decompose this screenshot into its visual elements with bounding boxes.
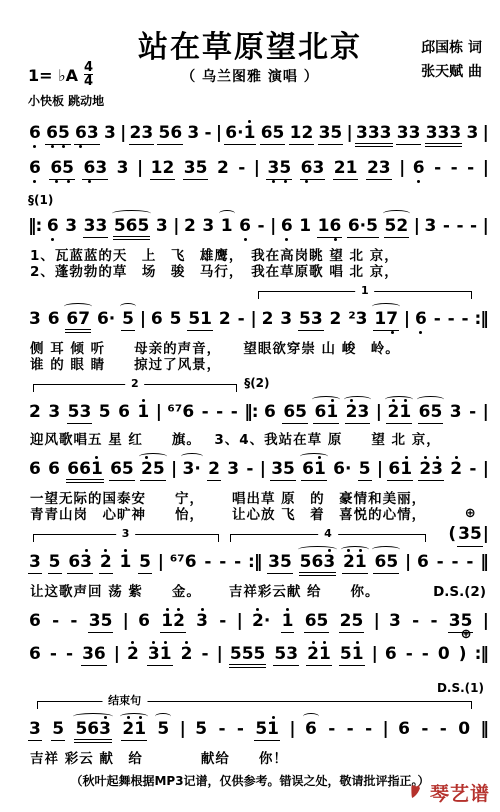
note-token: ²3 [347, 311, 368, 330]
note-token: 51 [339, 646, 365, 666]
note-token: - [215, 404, 224, 423]
barline: :‖ [474, 311, 487, 328]
barline: | [377, 461, 382, 478]
note-token: 35 [266, 160, 292, 180]
barline: | [216, 125, 221, 142]
note-token: 2 [183, 218, 197, 237]
note-token: 3 [388, 613, 402, 632]
note-token: 5 [121, 311, 135, 331]
music-line: 666616525|3·23-|35616·5|61232-| [28, 461, 488, 483]
meter-numerator: 4 [84, 62, 93, 74]
header: 站在草原望北京 邱国栋 词 张天赋 曲 （ 乌兰图雅 演唱 ） 1= ♭A 4 … [0, 0, 500, 112]
note-token: - [461, 311, 470, 330]
ending-bracket-row: 34(35⊕| [28, 528, 488, 543]
note-token: 6 [414, 311, 428, 330]
note-token: - [230, 404, 239, 423]
ending-bracket-row: 2§(2) [28, 378, 488, 393]
barline: | [483, 524, 488, 544]
ending-bracket: 4 [230, 534, 425, 542]
note-token: 6·1 [224, 125, 256, 145]
note-token: 6·5 [347, 218, 379, 238]
note-token: 3 [465, 125, 479, 144]
barline: | [483, 160, 488, 177]
note-token: 25 [140, 461, 166, 481]
ending-bracket-row: 结束句 [28, 695, 488, 710]
tempo-marking: 小快板 跳动地 [28, 92, 104, 109]
note-token: 2 [218, 311, 232, 330]
note-token: - [245, 461, 254, 480]
note-token: 63 [300, 160, 326, 180]
barline: | [217, 646, 222, 663]
barline: | [171, 461, 176, 478]
note-token: 1 [220, 218, 234, 237]
note-token: 53 [273, 646, 299, 666]
lyric-line: 2、蓬勃勃的草 场 骏 马行， 我在草原歌 唱 北 京， [30, 262, 486, 282]
coda-icon: ⊕ [461, 628, 472, 641]
note-token: - [49, 646, 58, 665]
note-token: - [405, 646, 414, 665]
note-token: - [218, 613, 227, 632]
music-line: 6--36|2312-|555532151|6--0)⊕:‖ [28, 646, 488, 668]
note-token: 3 [28, 721, 42, 741]
barline: | [114, 646, 119, 663]
barline: | [483, 125, 488, 142]
lyric-line: 吉祥 彩云 献 给 献给 你！ [30, 749, 486, 769]
note-token: 23 [418, 461, 444, 481]
note-token: - [51, 613, 60, 632]
score-body: 665633|23563-|6·1651235|333333333|665633… [0, 112, 500, 789]
note-token: 0 [457, 721, 471, 740]
note-token: 1 [136, 404, 150, 423]
note-token: 6 [28, 461, 42, 480]
note-token: 35 [183, 160, 209, 180]
note-token: 12 [150, 160, 176, 180]
note-token: - [420, 721, 429, 740]
note-token: 61 [301, 461, 327, 481]
ending-bracket-row: 1 [28, 285, 488, 300]
note-token: 6 [150, 311, 164, 330]
note-token: 1 [298, 218, 312, 237]
note-token: 6 [28, 125, 42, 144]
note-token: 67 [65, 311, 91, 333]
note-token: 65 [418, 404, 444, 424]
note-token: 21 [333, 160, 359, 180]
music-line: 2353561|⁶⁷6---‖:6656123|21653-| [28, 404, 488, 424]
time-signature: 4 4 [84, 62, 93, 88]
note-token: 35 [318, 125, 344, 145]
music-line: 3563215|⁶⁷6---:‖355632165|6---‖ [28, 554, 488, 576]
note-token: 65 [282, 404, 308, 424]
barline: ‖: [28, 218, 41, 235]
note-token: - [436, 554, 445, 573]
note-token: - [429, 613, 438, 632]
barline: | [270, 218, 275, 235]
music-line: 665633|23563-|6·1651235|333333333| [28, 125, 488, 147]
barline: ‖ [480, 721, 488, 738]
note-token: 21 [386, 404, 412, 424]
note-token: - [465, 554, 474, 573]
barline: | [156, 404, 161, 421]
note-token: 25 [339, 613, 365, 633]
note-token: 5 [138, 554, 152, 574]
note-token: - [346, 721, 355, 740]
note-token: 6· [96, 311, 116, 330]
barline: | [254, 160, 259, 177]
note-token: 6 [28, 160, 42, 179]
note-token: 17 [373, 311, 399, 331]
note-token: 6 [280, 218, 294, 237]
publisher-logo: 琴艺谱 [409, 779, 490, 806]
note-token: - [201, 646, 210, 665]
note-token: - [201, 404, 210, 423]
note-token: - [218, 554, 227, 573]
note-token: - [327, 721, 336, 740]
note-token: 65 [373, 554, 399, 574]
note-token: 2 [449, 461, 463, 480]
barline: | [372, 646, 377, 663]
note-token: - [364, 721, 373, 740]
barline: | [399, 160, 404, 177]
barline: | [483, 404, 488, 421]
note-token: - [466, 160, 475, 179]
note-token: - [203, 554, 212, 573]
barline: ‖ [480, 554, 488, 571]
barline: | [404, 311, 409, 328]
note-token: 36 [81, 646, 107, 666]
note-token: 6 [28, 613, 42, 632]
ending-bracket: 结束句 [37, 701, 471, 709]
note-token: 333 [425, 125, 463, 147]
note-token: 6 [46, 218, 60, 237]
note-token: - [451, 554, 460, 573]
barline: | [158, 554, 163, 571]
barline: | [289, 721, 294, 738]
note-token: - [468, 404, 477, 423]
barline: | [173, 218, 178, 235]
note-token: 563 [299, 554, 337, 576]
note-token: 3 [28, 311, 42, 330]
ending-number: 1 [355, 285, 375, 297]
barline: :‖ [475, 646, 488, 663]
ending-number: 结束句 [102, 695, 147, 707]
note-token: 6 [47, 461, 61, 480]
note-token: 23 [345, 404, 371, 424]
music-line: 35563215|5--51|6---|6--0‖ [28, 721, 488, 743]
note-token: 61 [313, 404, 339, 424]
note-token: 33 [83, 218, 109, 238]
pickup-notes: (35⊕| [447, 524, 488, 547]
lyric-text: 2、蓬勃勃的草 场 骏 马行， 我在草原歌 唱 北 京， [30, 262, 399, 282]
note-token: 6 [412, 160, 426, 179]
note-token: 2 [329, 311, 343, 330]
note-token: 555 [229, 646, 267, 668]
note-token: 3 [103, 125, 117, 144]
ending-number: 3 [116, 528, 136, 540]
note-token: 5 [98, 404, 112, 423]
note-token: 3 [201, 218, 215, 237]
note-token: - [469, 218, 478, 237]
note-token: 2 [207, 461, 221, 481]
note-token: 35 [88, 613, 114, 633]
note-token: 6 [47, 311, 61, 330]
note-token: - [455, 218, 464, 237]
note-token: 333 [355, 125, 393, 147]
ds-label: D.S.(2) [433, 582, 486, 602]
note-token: - [433, 160, 442, 179]
note-token: 6 [304, 721, 318, 740]
note-token: 65 [109, 461, 135, 481]
note-token: - [237, 311, 246, 330]
note-token: 65 [304, 613, 330, 633]
note-token: 3 [449, 404, 463, 423]
note-token: 6 [238, 218, 252, 237]
note-token: 565 [113, 218, 151, 240]
note-token: 35 [267, 554, 293, 574]
note-token: ⁶⁷6 [166, 404, 195, 423]
note-token: - [69, 613, 78, 632]
note-token: 6 [263, 404, 277, 423]
music-line: 36676·5|65512-|23532²317|6---:‖ [28, 311, 488, 333]
note-token: 5 [194, 721, 208, 740]
key-signature: 1= ♭A 4 4 [28, 62, 93, 88]
note-token: - [433, 311, 442, 330]
note-token: 16 [317, 218, 343, 238]
qinyipu-logo-icon [409, 783, 428, 802]
note-token: - [204, 125, 213, 144]
note-token: - [257, 218, 266, 237]
barline: | [260, 461, 265, 478]
note-token: 3 [195, 613, 209, 632]
note-token: 6 [397, 721, 411, 740]
ending-bracket: 3 [33, 534, 219, 542]
note-token: 2 [180, 646, 194, 665]
note-token: 6 [384, 646, 398, 665]
note-token: )⊕ [458, 646, 468, 665]
barline: | [347, 125, 352, 142]
ending-number: 2 [125, 378, 145, 390]
segno-label: §(1) [28, 193, 484, 207]
note-token: - [237, 160, 246, 179]
note-token: 23 [366, 160, 392, 180]
note-token: 23 [129, 125, 155, 145]
note-token: 3· [182, 461, 202, 480]
note-token: 12 [289, 125, 315, 145]
lyric-text: 吉祥 彩云 献 给 献给 你！ [30, 749, 288, 769]
note-token: 65 [260, 125, 286, 145]
note-token: - [442, 218, 451, 237]
note-token: 21 [121, 721, 147, 741]
note-token: 35⊕ [457, 524, 483, 547]
note-token: - [447, 311, 456, 330]
note-token: 31 [147, 646, 173, 666]
note-token: 12 [160, 613, 186, 633]
lyric-text: 让这歌声回 荡 紫 金。 吉祥彩云献 给 你。 [30, 582, 380, 602]
note-token: - [468, 461, 477, 480]
lyric-line: 让这歌声回 荡 紫 金。 吉祥彩云献 给 你。D.S.(2) [30, 582, 486, 602]
lyric-line: 青青山岗 心旷神 怡， 让心放 飞 着 喜悦的心情， [30, 505, 486, 525]
note-token: 3 [28, 554, 42, 574]
note-token: 5 [156, 721, 170, 740]
barline: :‖ [248, 554, 261, 571]
note-token: 3 [116, 160, 130, 179]
barline: | [383, 721, 388, 738]
note-token: 35 [270, 461, 296, 481]
note-token: - [411, 613, 420, 632]
note-token: 51 [254, 721, 280, 741]
barline: | [123, 613, 128, 630]
note-token: 52 [384, 218, 410, 238]
note-token: 53 [298, 311, 324, 331]
ending-number: 4 [318, 528, 338, 540]
lyric-text: 迎风歌唱五 星 红 旗。 3、4、我站在草 原 望 北 京， [30, 430, 441, 450]
note-token: 3 [423, 218, 437, 237]
note-token: 2 [126, 646, 140, 665]
meter-denominator: 4 [84, 74, 93, 88]
note-token: 61 [387, 461, 413, 481]
note-token: - [233, 554, 242, 573]
barline: | [140, 311, 145, 328]
note-token: 5 [169, 311, 183, 330]
music-line: 6--35|6123-|2·16525|3--35| [28, 613, 488, 633]
note-token: 5 [48, 554, 62, 574]
logo-text: 琴艺谱 [430, 779, 490, 806]
note-token: - [217, 721, 226, 740]
note-token: - [236, 721, 245, 740]
note-token: 2 [28, 404, 42, 423]
note-token: ⁶⁷6 [169, 554, 198, 573]
note-token: 33 [396, 125, 422, 145]
lyricist-credit: 邱国栋 词 [421, 36, 482, 60]
music-line: 665633|12352-|35632123|6---| [28, 160, 488, 180]
barline: | [483, 613, 488, 630]
lyric-line: 迎风歌唱五 星 红 旗。 3、4、我站在草 原 望 北 京， [30, 430, 486, 450]
barline: | [180, 721, 185, 738]
note-token: 21 [342, 554, 368, 574]
note-token: 56 [157, 125, 183, 145]
lyric-text: 青青山岗 心旷神 怡， 让心放 飞 着 喜悦的心情， [30, 505, 426, 525]
note-token: 5 [51, 721, 65, 741]
note-token: 53 [67, 404, 93, 424]
key-text: 1= ♭A [28, 66, 78, 85]
note-token: 63 [74, 125, 100, 145]
note-token: - [439, 721, 448, 740]
note-token: - [65, 646, 74, 665]
barline: | [237, 613, 242, 630]
ds-label: D.S.(1) [28, 681, 484, 695]
note-token: 0 [437, 646, 451, 665]
ending-bracket: 1 [258, 291, 472, 299]
note-token: 1 [118, 554, 132, 573]
note-token: 63 [67, 554, 93, 574]
note-token: 2 [216, 160, 230, 179]
barline: | [376, 404, 381, 421]
note-token: 2 [99, 554, 113, 574]
note-token: ( [447, 524, 457, 546]
note-token: 3 [47, 404, 61, 423]
note-token: 5 [358, 461, 372, 481]
barline: | [120, 125, 125, 142]
note-token: 21 [306, 646, 332, 666]
note-token: 63 [82, 160, 108, 180]
note-token: - [450, 160, 459, 179]
barline: | [405, 554, 410, 571]
note-token: 6 [416, 554, 430, 573]
note-token: 65 [45, 125, 71, 145]
coda-icon: ⊕ [465, 506, 476, 521]
segno-label: §(2) [244, 376, 269, 390]
note-token: 6· [332, 461, 352, 480]
barline: | [250, 311, 255, 328]
note-token: 3 [155, 218, 169, 237]
barline: ‖: [244, 404, 257, 421]
note-token: 65 [49, 160, 75, 180]
barline: | [414, 218, 419, 235]
barline: | [483, 461, 488, 478]
note-token: 3 [64, 218, 78, 237]
lyric-text: 谁 的 眼 睛 掠过了风景， [30, 355, 221, 375]
note-token: 3 [186, 125, 200, 144]
music-line: ‖:63335653|2316-|61166·552|3---| [28, 218, 488, 240]
note-token: 51 [187, 311, 213, 331]
note-token: 1 [281, 613, 295, 633]
barline: | [137, 160, 142, 177]
note-token: 3 [279, 311, 293, 330]
note-token: 3 [226, 461, 240, 480]
note-token: 661 [66, 461, 104, 483]
note-token: - [421, 646, 430, 665]
ending-bracket: 2 [33, 384, 237, 392]
barline: | [483, 218, 488, 235]
barline: | [374, 613, 379, 630]
note-token: 563 [74, 721, 112, 743]
note-token: 6 [137, 613, 151, 632]
note-token: 2 [261, 311, 275, 330]
note-token: 6 [28, 646, 42, 665]
note-token: 6 [117, 404, 131, 423]
note-token: 2· [251, 613, 271, 632]
sheet-music-page: 站在草原望北京 邱国栋 词 张天赋 曲 （ 乌兰图雅 演唱 ） 1= ♭A 4 … [0, 0, 500, 812]
